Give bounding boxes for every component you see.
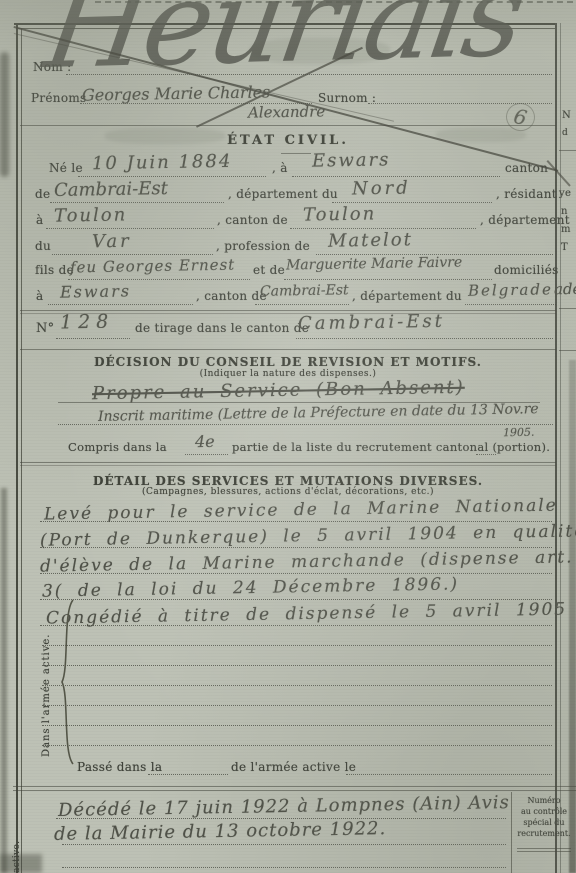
- de-label-1: de: [35, 187, 50, 201]
- canton-label-3: , canton de: [196, 289, 267, 303]
- father-value: feu Georges Ernest: [70, 256, 236, 277]
- ruled-line: [50, 202, 224, 203]
- compris-end-label: portion).: [497, 440, 550, 454]
- empty-ruled-line: [42, 685, 552, 686]
- profession-value: Matelot: [328, 229, 413, 251]
- ruled-line: [56, 338, 130, 339]
- recruitment-number-box: Numéro au contrôle spécial du recrutemen…: [514, 795, 574, 839]
- right-edge-rule: [559, 308, 576, 309]
- ruled-line: [148, 774, 228, 775]
- compris-value: 4e: [195, 432, 215, 451]
- ruled-line: [48, 304, 193, 305]
- ruled-line: [346, 774, 552, 775]
- prenoms-value: Georges Marie Charles: [82, 82, 271, 104]
- army-active-side-label: Dans l'armée active.: [41, 592, 52, 757]
- fils-de-label: fils de: [35, 263, 74, 277]
- empty-ruled-line: [42, 705, 552, 706]
- empty-ruled-line: [42, 725, 552, 726]
- ruled-line: [52, 254, 213, 255]
- tirage-canton-value: Cambrai-Est: [298, 311, 445, 335]
- a-label-3: à: [36, 289, 43, 303]
- departement-value-3: Belgrade: [468, 280, 553, 299]
- residant-label: , résidant: [496, 187, 557, 201]
- departement-label-2: , département: [480, 213, 570, 227]
- ruled-line: [40, 573, 552, 574]
- profession-label: , profession de: [216, 239, 310, 253]
- residence-value: Toulon: [54, 204, 128, 226]
- compris-pre-label: Compris dans la: [68, 440, 167, 454]
- bottom-side-label-partial: active.: [12, 813, 22, 873]
- et-de-label: et de: [253, 263, 285, 277]
- right-edge-overflow-script: ade: [554, 280, 576, 298]
- ruled-line: [284, 279, 492, 280]
- ruled-line: [296, 338, 553, 339]
- ruled-line: [56, 818, 506, 819]
- departement-label-3: , département du: [352, 289, 462, 303]
- right-edge-letters-ye: ye: [559, 188, 571, 199]
- right-edge-letter-d: d: [562, 128, 568, 138]
- frame-left-border-inner: [21, 28, 22, 873]
- frame-left-border: [16, 23, 18, 873]
- box-rule: [517, 851, 571, 852]
- departement-value-1: Nord: [352, 177, 411, 199]
- ruled-line: [465, 304, 556, 305]
- left-binding-band: [1, 488, 7, 873]
- right-edge-letter-t: T: [561, 242, 568, 253]
- section-rule: [13, 786, 576, 787]
- services-title: DÉTAIL DES SERVICES ET MUTATIONS DIVERSE…: [20, 474, 556, 488]
- canton-value-1: Cambrai-Est: [54, 178, 168, 201]
- empty-ruled-line: [42, 745, 552, 746]
- decision-subtitle: (Indiquer la nature des dispenses.): [20, 369, 556, 379]
- canton-value-3: Cambrai-Est: [260, 282, 349, 300]
- left-brace: [60, 598, 74, 766]
- right-edge-letter-m: m: [561, 224, 571, 235]
- decision-entry-year: 1905.: [503, 426, 535, 440]
- ruled-line: [58, 424, 553, 425]
- box-rule: [517, 848, 571, 849]
- numero-tirage-value: 128: [60, 311, 115, 334]
- ruled-line: [40, 521, 552, 522]
- bottom-right-divider: [511, 792, 512, 873]
- canton-value-2: Toulon: [303, 203, 377, 225]
- tirage-label: de tirage dans le canton de: [135, 321, 309, 335]
- passe-post-label: de l'armée active le: [231, 760, 356, 774]
- crossout-stroke-hook: [547, 160, 571, 187]
- canton-label-2: , canton de: [217, 213, 288, 227]
- compris-mid-label: partie de la liste du recrutement canton…: [232, 440, 497, 454]
- passe-pre-label: Passé dans la: [77, 760, 162, 774]
- title-dash: [281, 153, 311, 154]
- domicile-value: Eswars: [60, 281, 131, 301]
- numero-tirage-label: N°: [36, 321, 54, 336]
- decision-struck-entry: Propre au Service (Bon Absent): [92, 377, 465, 405]
- decision-title: DÉCISION DU CONSEIL DE REVISION ET MOTIF…: [20, 355, 556, 369]
- section-rule: [20, 349, 556, 350]
- service-entry: 3( de la loi du 24 Décembre 1896.): [42, 574, 459, 601]
- ruled-line: [62, 844, 506, 845]
- etat-civil-title: ÉTAT CIVIL.: [20, 133, 556, 148]
- ruled-line: [68, 279, 250, 280]
- header-separator: [20, 125, 556, 126]
- decision-entry: Inscrit maritime (Lettre de la Préfectur…: [98, 401, 539, 425]
- birth-place-value: Eswars: [312, 149, 391, 171]
- ruled-line: [62, 867, 506, 868]
- ruled-line: [78, 176, 266, 177]
- mother-value: Marguerite Marie Faivre: [286, 254, 462, 273]
- a-label-2: à: [36, 213, 43, 227]
- section-rule: [13, 790, 576, 791]
- ruled-line: [185, 454, 228, 455]
- surnom-value: Alexandre: [248, 102, 326, 121]
- ruled-line: [40, 599, 552, 600]
- departement-label-1: , département du: [228, 187, 338, 201]
- empty-ruled-line: [42, 645, 552, 646]
- section-rule: [20, 465, 556, 466]
- domicilies-label: domiciliés: [494, 263, 559, 277]
- ruled-line: [40, 547, 552, 548]
- right-edge-letter-ne: n: [561, 206, 568, 217]
- empty-ruled-line: [42, 665, 552, 666]
- right-edge-letter-n: N: [562, 110, 571, 121]
- crossed-out-name: Heuriais: [37, 0, 530, 95]
- departement-value-2: Var: [92, 231, 132, 253]
- a-label-1: , à: [272, 161, 288, 175]
- left-binding-mark: [0, 52, 9, 177]
- section-rule: [20, 462, 556, 463]
- death-note-line1: Décédé le 17 juin 1922 à Lompnes (Ain) A…: [58, 792, 510, 821]
- death-note-line2: de la Mairie du 13 octobre 1922.: [54, 818, 387, 845]
- ne-le-label: Né le: [49, 161, 83, 175]
- ruled-line: [46, 228, 214, 229]
- ruled-line: [255, 304, 349, 305]
- birth-date-value: 10 Juin 1884: [92, 151, 233, 174]
- military-register-document: Heuriais 6 Nom : Prénoms Georges Marie C…: [0, 0, 576, 873]
- du-label: du: [35, 239, 51, 253]
- services-subtitle: (Campagnes, blessures, actions d'éclat, …: [20, 487, 556, 497]
- ruled-line: [476, 454, 496, 455]
- ruled-line: [40, 625, 552, 626]
- right-edge-rule: [559, 150, 576, 151]
- right-edge-rule: [559, 350, 576, 351]
- frame-right-border: [555, 23, 557, 873]
